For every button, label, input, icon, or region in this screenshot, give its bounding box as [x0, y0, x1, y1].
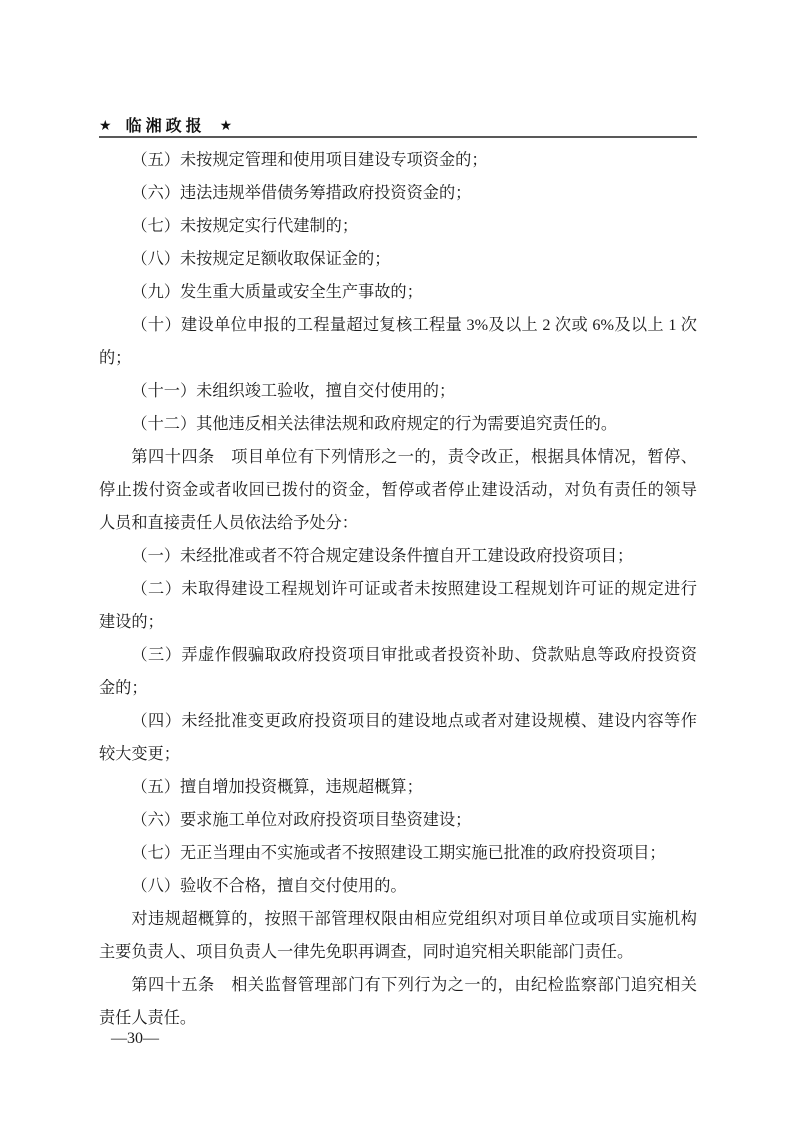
paragraph-sub-4: （四）未经批准变更政府投资项目的建设地点或者对建设规模、建设内容等作较大变更； — [99, 705, 697, 771]
paragraph-sub-5: （五）擅自增加投资概算，违规超概算； — [99, 771, 697, 804]
star-icon-left: ★ — [99, 118, 112, 132]
paragraph-item-12: （十二）其他违反相关法律法规和政府规定的行为需要追究责任的。 — [99, 408, 697, 441]
paragraph-sub-6: （六）要求施工单位对政府投资项目垫资建设； — [99, 804, 697, 837]
paragraph-sub-3: （三）弄虚作假骗取政府投资项目审批或者投资补助、贷款贴息等政府投资资金的； — [99, 639, 697, 705]
star-icon-right: ★ — [220, 118, 233, 132]
document-body: （五）未按规定管理和使用项目建设专项资金的； （六）违法违规举借债务筹措政府投资… — [99, 144, 697, 1035]
page-number: —30— — [111, 1028, 159, 1050]
paragraph-item-5: （五）未按规定管理和使用项目建设专项资金的； — [99, 144, 697, 177]
paragraph-sub-1: （一）未经批准或者不符合规定建设条件擅自开工建设政府投资项目； — [99, 540, 697, 573]
paragraph-item-10: （十）建设单位申报的工程量超过复核工程量 3%及以上 2 次或 6%及以上 1 … — [99, 309, 697, 375]
paragraph-sub-8: （八）验收不合格，擅自交付使用的。 — [99, 870, 697, 903]
paragraph-over-budget: 对违规超概算的，按照干部管理权限由相应党组织对项目单位或项目实施机构主要负责人、… — [99, 903, 697, 969]
paragraph-item-6: （六）违法违规举借债务筹措政府投资资金的； — [99, 177, 697, 210]
document-page: ★ 临湘政报 ★ （五）未按规定管理和使用项目建设专项资金的； （六）违法违规举… — [0, 0, 794, 1122]
page-header: ★ 临湘政报 ★ — [99, 113, 697, 138]
paragraph-item-8: （八）未按规定足额收取保证金的； — [99, 243, 697, 276]
gazette-title: 临湘政报 — [126, 113, 206, 136]
paragraph-article-45: 第四十五条 相关监督管理部门有下列行为之一的，由纪检监察部门追究相关责任人责任。 — [99, 969, 697, 1035]
paragraph-article-44: 第四十四条 项目单位有下列情形之一的，责令改正，根据具体情况，暂停、停止拨付资金… — [99, 441, 697, 540]
paragraph-item-11: （十一）未组织竣工验收，擅自交付使用的； — [99, 375, 697, 408]
paragraph-item-9: （九）发生重大质量或安全生产事故的； — [99, 276, 697, 309]
paragraph-sub-7: （七）无正当理由不实施或者不按照建设工期实施已批准的政府投资项目； — [99, 837, 697, 870]
paragraph-sub-2: （二）未取得建设工程规划许可证或者未按照建设工程规划许可证的规定进行建设的； — [99, 573, 697, 639]
paragraph-item-7: （七）未按规定实行代建制的； — [99, 210, 697, 243]
